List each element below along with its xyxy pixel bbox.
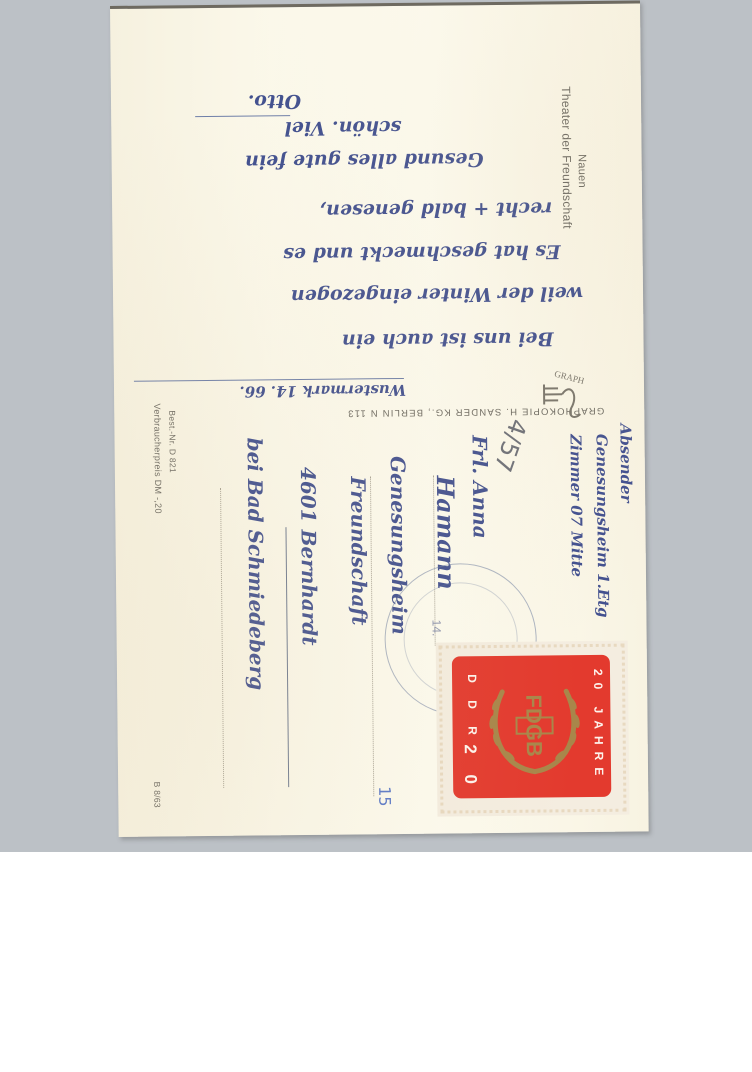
date-line: Wustermark 14. 66. [239,381,406,401]
sender-note: Absender [616,424,635,503]
caption-title: Theater der Freundschaft [559,86,574,229]
order-number: Best.-Nr. D 821 [167,410,178,473]
address-line-1: Frl. Anna [468,435,493,539]
publisher-logo-icon: GRAPH [534,364,585,425]
handwriting-line: Otto. [248,90,301,113]
blue-pen-mark: 15 [375,786,394,807]
handwriting-line: recht + bald genesen, [319,197,552,221]
price-label: Verbraucherpreis DM -,20 [152,403,163,513]
handwriting-line: Es hat geschmeckt und es [283,240,561,265]
caption-place: Nauen [576,154,588,188]
handwriting-line: Gesund alles gute fein [245,148,484,172]
wreath-icon: FDGB [482,673,587,778]
stamp-country: D D R [465,674,480,742]
stamp-legend: 20 JAHRE [591,669,606,782]
postage-stamp: FDGB D D R 2 0 20 JAHRE [439,644,627,814]
signature-underline [195,115,290,117]
address-line-6: bei Bad Schmiedeberg [243,437,270,690]
sender-line: Zimmer 07 Mitte [567,434,586,577]
postmark-date: 14. [429,620,443,637]
address-line [220,488,224,788]
postcard-back: Nauen Theater der Freundschaft Best.-Nr.… [110,0,649,837]
address-line-5: 4601 Bernhardt [296,467,322,646]
svg-text:FDGB: FDGB [521,694,547,757]
print-code: B 8/63 [152,781,162,807]
handwriting-line: Bei uns ist auch ein [342,327,554,351]
stamp-value: 2 0 [460,744,480,792]
address-underline [285,527,291,787]
sender-line: Genesungsheim 1.Etg [593,434,613,618]
handwriting-line: schön. Viel [284,116,401,139]
handwriting-line: weil der Winter eingezogen [291,282,583,307]
pencil-mark: 4/57 [488,415,532,475]
svg-text:GRAPH: GRAPH [553,369,584,386]
address-line [370,476,374,796]
address-line-4: Freundschaft [346,476,372,625]
stamp-face: FDGB D D R 2 0 20 JAHRE [452,655,611,799]
